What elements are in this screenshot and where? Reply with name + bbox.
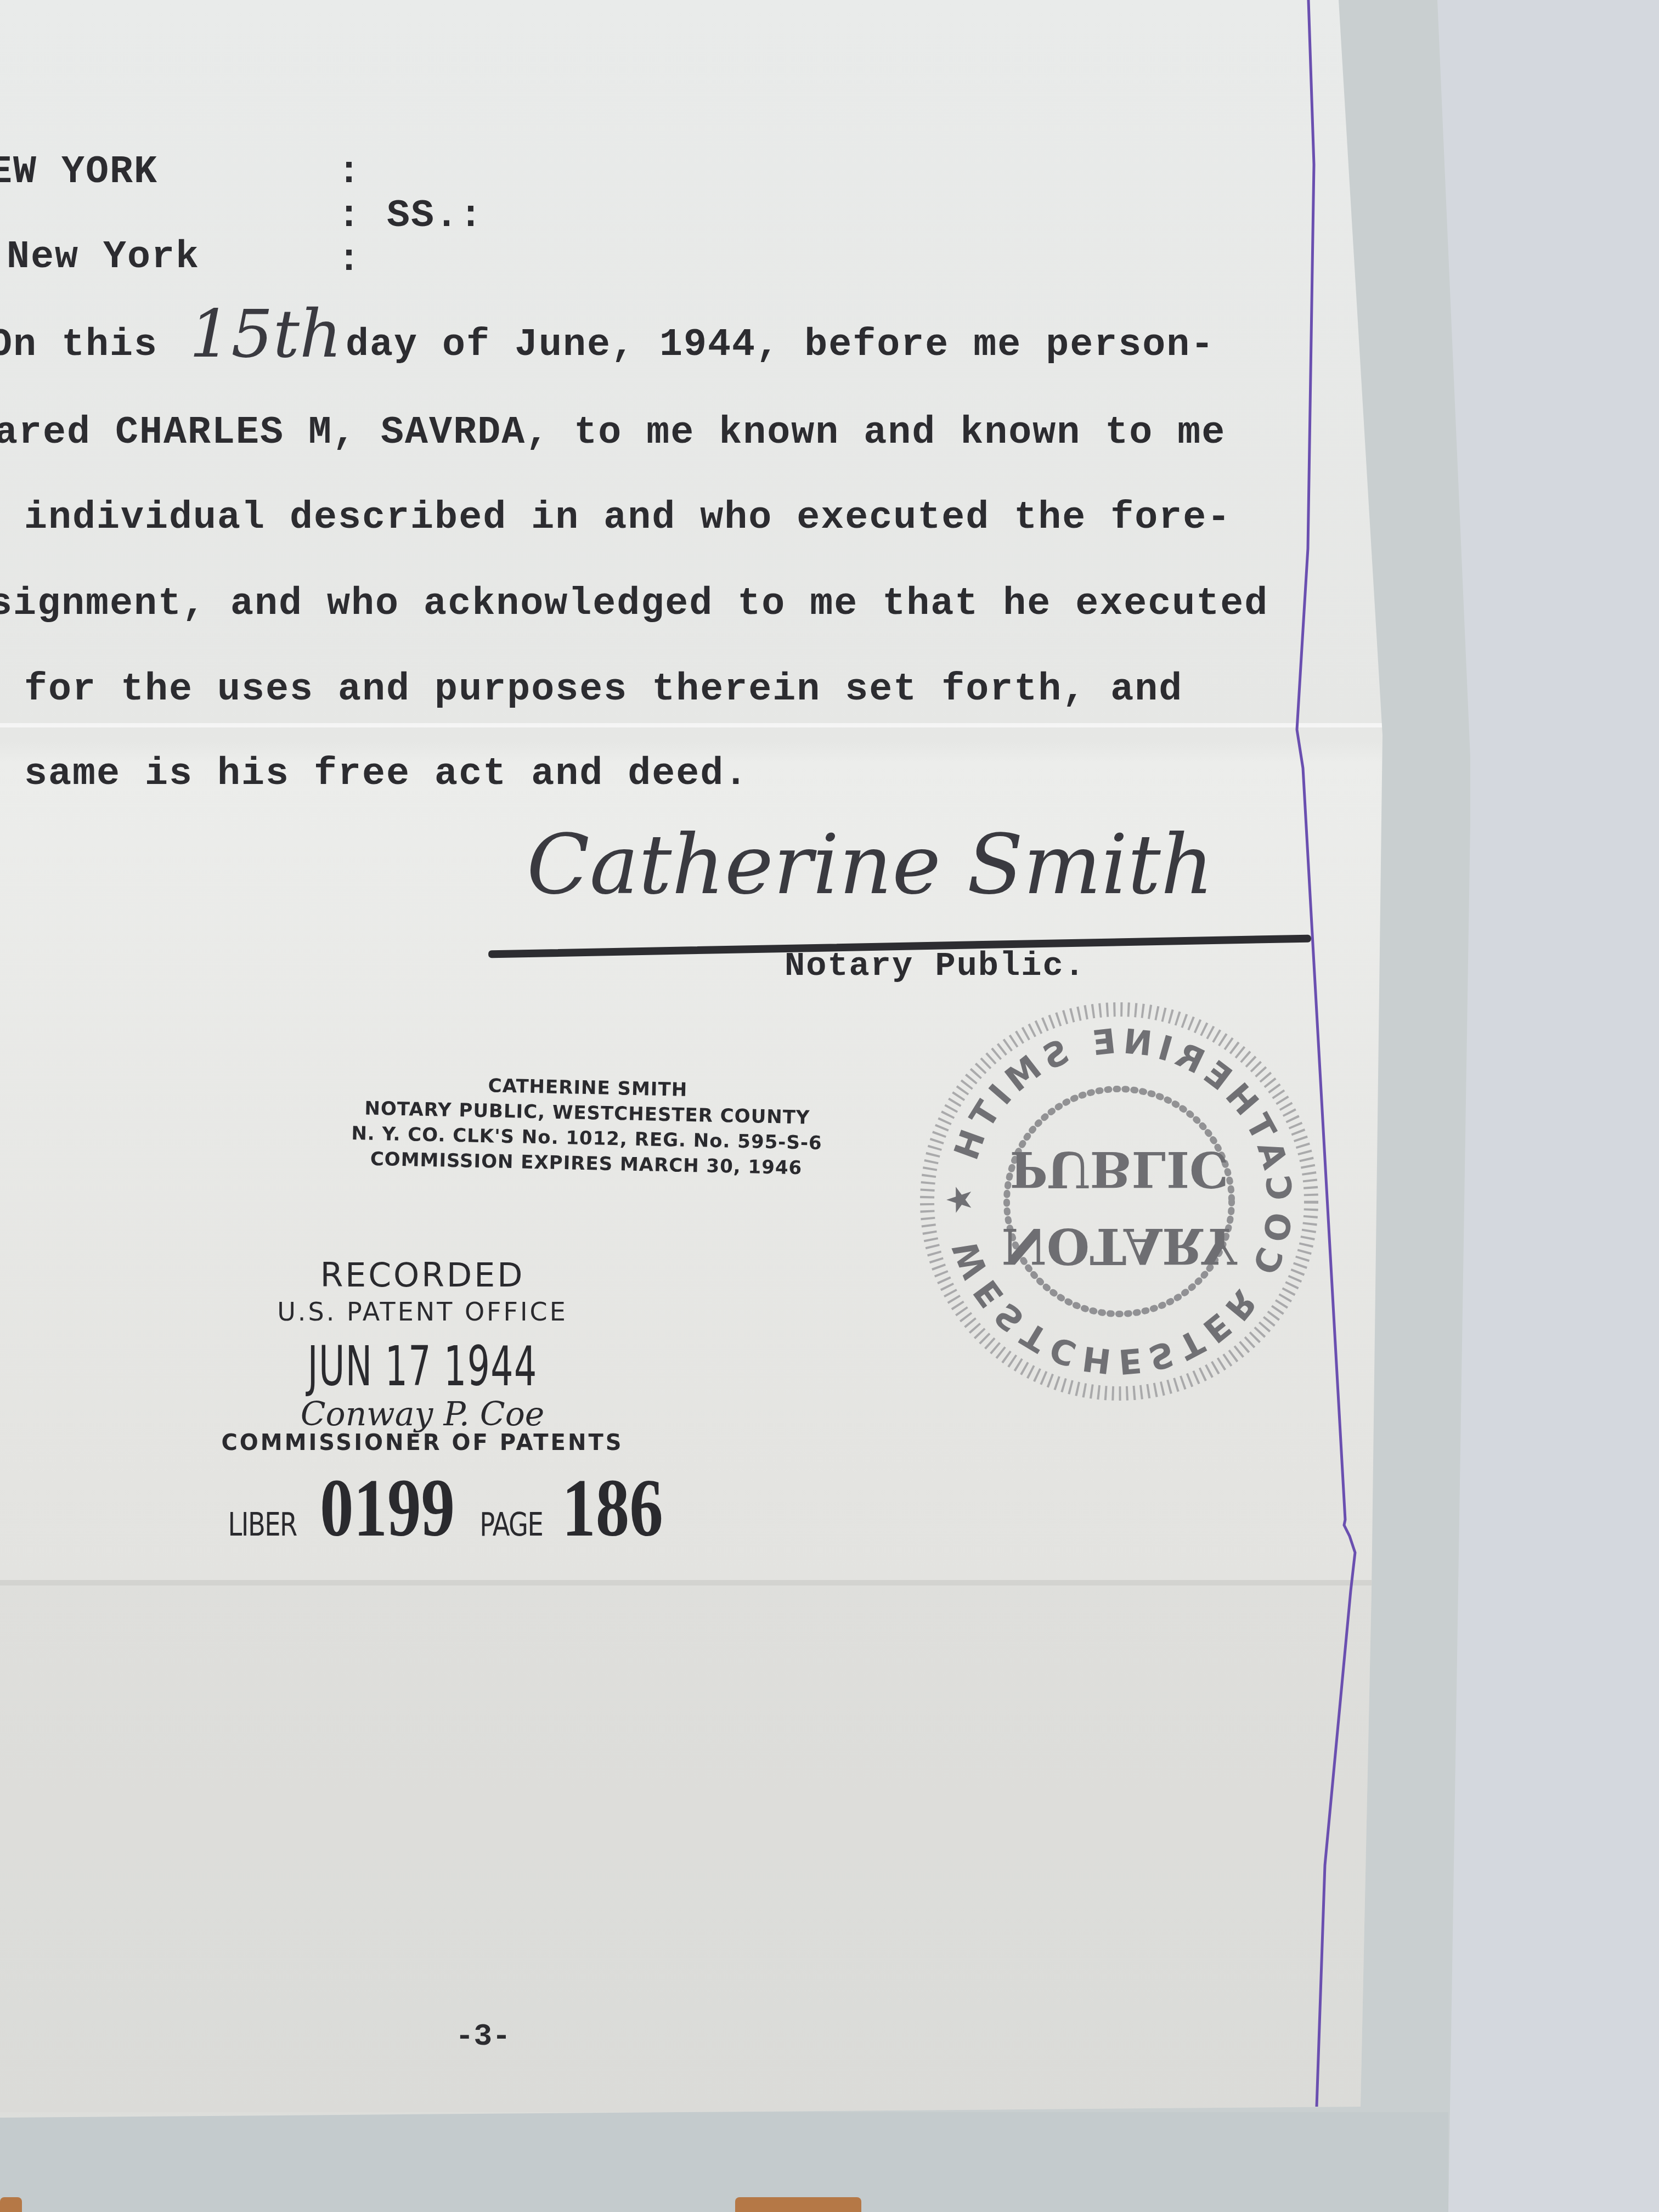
- handwritten-day: 15th: [189, 296, 342, 373]
- venue-county: New York: [7, 236, 200, 279]
- notary-signature: Catherine Smith: [527, 817, 1214, 913]
- venue-state: EW YORK: [0, 151, 158, 194]
- commissioner-title: COMMISSIONER OF PATENTS: [219, 1430, 625, 1455]
- venue-colon: :: [337, 195, 362, 238]
- body-line-1-rest: day of June, 1944, before me person-: [346, 324, 1215, 367]
- notary-rubber-stamp: CATHERINE SMITH NOTARY PUBLIC, WESTCHEST…: [339, 1070, 835, 1182]
- recorded-title: RECORDED: [219, 1256, 625, 1295]
- rust-stain: [735, 2197, 861, 2212]
- liber-page-record: LIBER0199 PAGE186: [219, 1461, 625, 1555]
- embossed-notary-seal: CATHERINE SMITH ★ WESTCHESTER COUNTY ★ N…: [911, 993, 1328, 1410]
- body-line-4: signment, and who acknowledged to me tha…: [0, 583, 1268, 626]
- recorded-date: JUN 17 1944: [276, 1334, 569, 1398]
- body-line-3: individual described in and who executed…: [0, 496, 1231, 540]
- seal-inner-text: PUBLIC: [1009, 1140, 1228, 1198]
- underlying-sheet-bottom: [0, 2112, 1448, 2212]
- page-number-record: 186: [562, 1461, 663, 1555]
- fold-crease: [0, 723, 1383, 727]
- venue-colon: :: [337, 239, 362, 282]
- notary-public-label: Notary Public.: [785, 946, 1086, 985]
- body-line-6: same is his free act and deed.: [0, 753, 748, 796]
- document-page: EW YORK : : SS.: : New York On this 15th…: [0, 0, 1404, 2118]
- seal-inner-text: NOTARY: [1002, 1217, 1238, 1275]
- body-line-2: ared CHARLES M, SAVRDA, to me known and …: [0, 411, 1226, 455]
- fold-crease: [0, 1580, 1372, 1585]
- patent-office-recorded-stamp: RECORDED U.S. PATENT OFFICE JUN 17 1944 …: [219, 1256, 625, 1555]
- body-line-1-start: On this: [0, 324, 182, 367]
- commissioner-signature: Conway P. Coe: [219, 1395, 625, 1430]
- rust-stain: [0, 2197, 22, 2212]
- page-number: -3-: [455, 2019, 511, 2054]
- body-line-5: for the uses and purposes therein set fo…: [0, 668, 1183, 712]
- fold-shading: [0, 1585, 1372, 2112]
- venue-colon: :: [337, 151, 362, 194]
- liber-number: 0199: [320, 1461, 455, 1555]
- recorded-office: U.S. PATENT OFFICE: [219, 1297, 625, 1327]
- page-label: PAGE: [480, 1506, 543, 1543]
- venue-ss: SS.:: [387, 195, 483, 238]
- liber-label: LIBER: [228, 1506, 297, 1543]
